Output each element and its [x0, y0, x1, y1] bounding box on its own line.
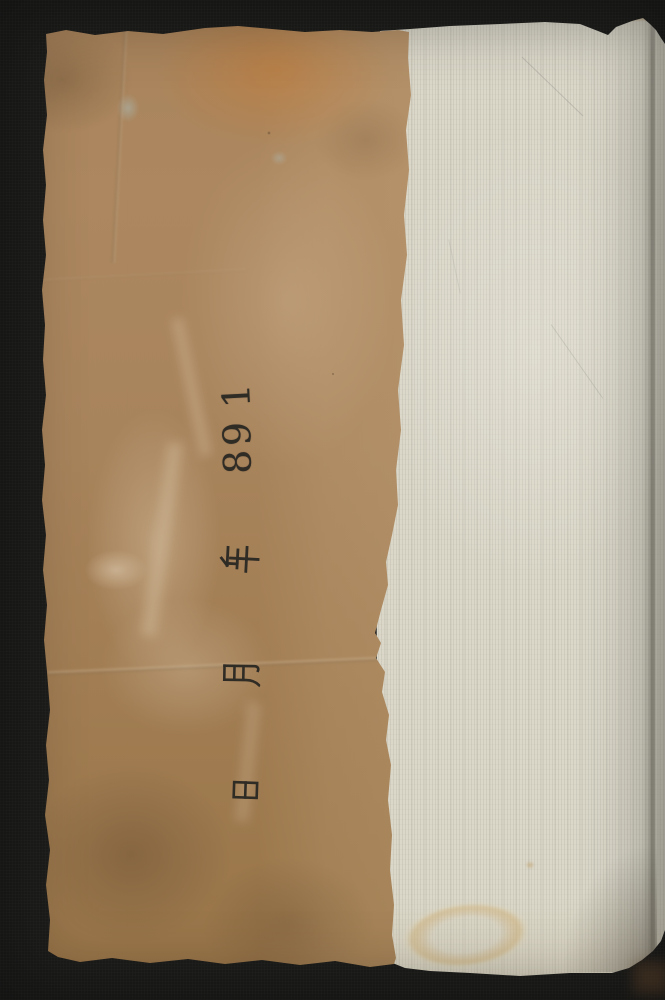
water-stain-ring: [399, 895, 533, 974]
kanji-month: [222, 661, 260, 688]
day-glyph-svg: [231, 779, 260, 802]
printed-digit: 1: [217, 383, 256, 409]
facing-page: [372, 16, 665, 980]
corner-shadow: [562, 842, 657, 972]
kanji-year: [219, 544, 261, 576]
year-glyph-svg: [219, 544, 261, 576]
scuff-streak: [172, 317, 212, 456]
torn-top-edge-fibers: [372, 16, 646, 22]
month-glyph-svg: [222, 661, 260, 688]
crease-line: [112, 28, 127, 263]
scratch-mark: [522, 57, 584, 117]
printed-digit: 8: [218, 449, 257, 475]
printed-date-line: 8 9 1: [214, 380, 265, 811]
cover-page: 8 9 1: [36, 22, 418, 970]
book-scan-photo: 8 9 1: [0, 0, 665, 1000]
scratch-mark: [448, 239, 460, 293]
scuff-streak: [141, 442, 184, 637]
crease-line: [36, 269, 246, 282]
water-stain-dot: [524, 860, 536, 870]
blurred-page-corner: [634, 962, 665, 994]
printed-digit: 9: [218, 421, 257, 446]
kanji-day: [231, 779, 260, 802]
crease-line: [48, 657, 386, 676]
scratch-mark: [551, 324, 603, 398]
